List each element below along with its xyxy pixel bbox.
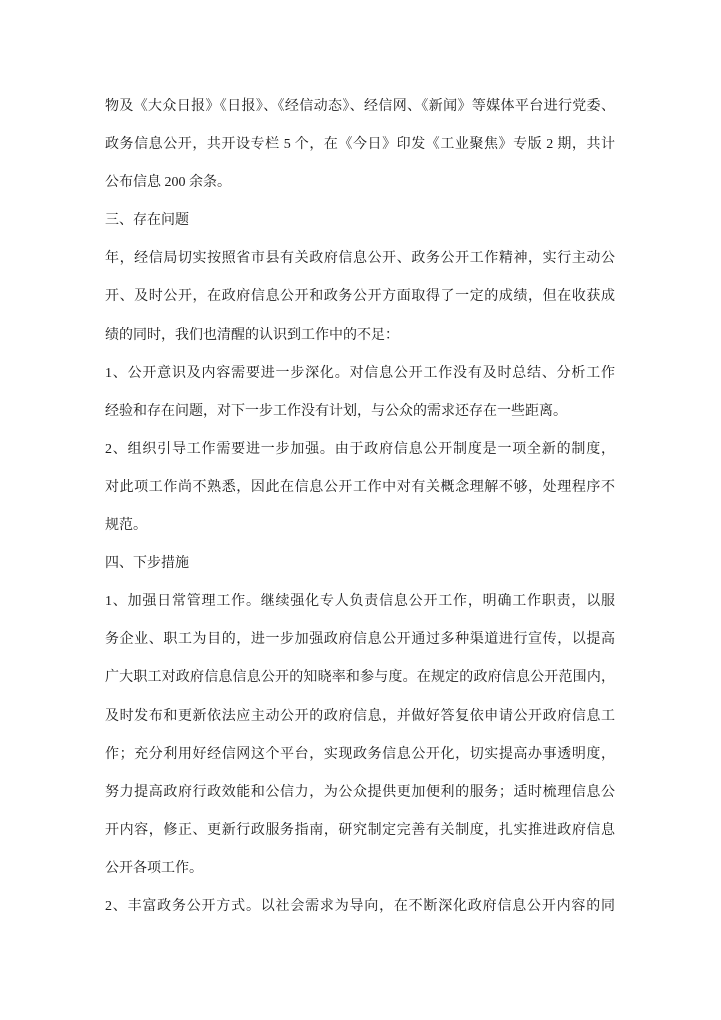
text-line: 及时发布和更新依法应主动公开的政府信息，并做好答复依申请公开政府信息工 [105,698,615,736]
text-line: 公布信息 200 余条。 [105,164,615,202]
text-line: 开内容，修正、更新行政服务指南，研究制定完善有关制度，扎实推进政府信息 [105,812,615,850]
text-line: 年，经信局切实按照省市县有关政府信息公开、政务公开工作精神，实行主动公 [105,240,615,278]
text-line: 物及《大众日报》《日报》、《经信动态》、经信网、《新闻》等媒体平台进行党委、 [105,88,615,126]
text-line: 2、丰富政务公开方式。以社会需求为导向，在不断深化政府信息公开内容的同 [105,888,615,926]
text-line: 1、加强日常管理工作。继续强化专人负责信息公开工作，明确工作职责，以服 [105,583,615,621]
text-line: 开、及时公开，在政府信息公开和政务公开方面取得了一定的成绩，但在收获成 [105,278,615,316]
text-line: 对此项工作尚不熟悉，因此在信息公开工作中对有关概念理解不够，处理程序不 [105,469,615,507]
document-body: 物及《大众日报》《日报》、《经信动态》、经信网、《新闻》等媒体平台进行党委、政务… [105,88,615,926]
text-line: 务企业、职工为目的，进一步加强政府信息公开通过多种渠道进行宣传，以提高 [105,621,615,659]
text-line: 作；充分利用好经信网这个平台，实现政务信息公开化，切实提高办事透明度， [105,736,615,774]
text-line: 广大职工对政府信息信息公开的知晓率和参与度。在规定的政府信息公开范围内， [105,659,615,697]
section-heading: 三、存在问题 [105,202,615,240]
text-line: 努力提高政府行政效能和公信力，为公众提供更加便利的服务；适时梳理信息公 [105,774,615,812]
document-page: 物及《大众日报》《日报》、《经信动态》、经信网、《新闻》等媒体平台进行党委、政务… [0,0,721,1020]
text-line: 公开各项工作。 [105,850,615,888]
section-heading: 四、下步措施 [105,545,615,583]
text-line: 规范。 [105,507,615,545]
text-line: 经验和存在问题，对下一步工作没有计划，与公众的需求还存在一些距离。 [105,393,615,431]
text-line: 政务信息公开，共开设专栏 5 个，在《今日》印发《工业聚焦》专版 2 期，共计 [105,126,615,164]
text-line: 绩的同时，我们也清醒的认识到工作中的不足： [105,317,615,355]
text-line: 1、公开意识及内容需要进一步深化。对信息公开工作没有及时总结、分析工作 [105,355,615,393]
text-line: 2、组织引导工作需要进一步加强。由于政府信息公开制度是一项全新的制度， [105,431,615,469]
